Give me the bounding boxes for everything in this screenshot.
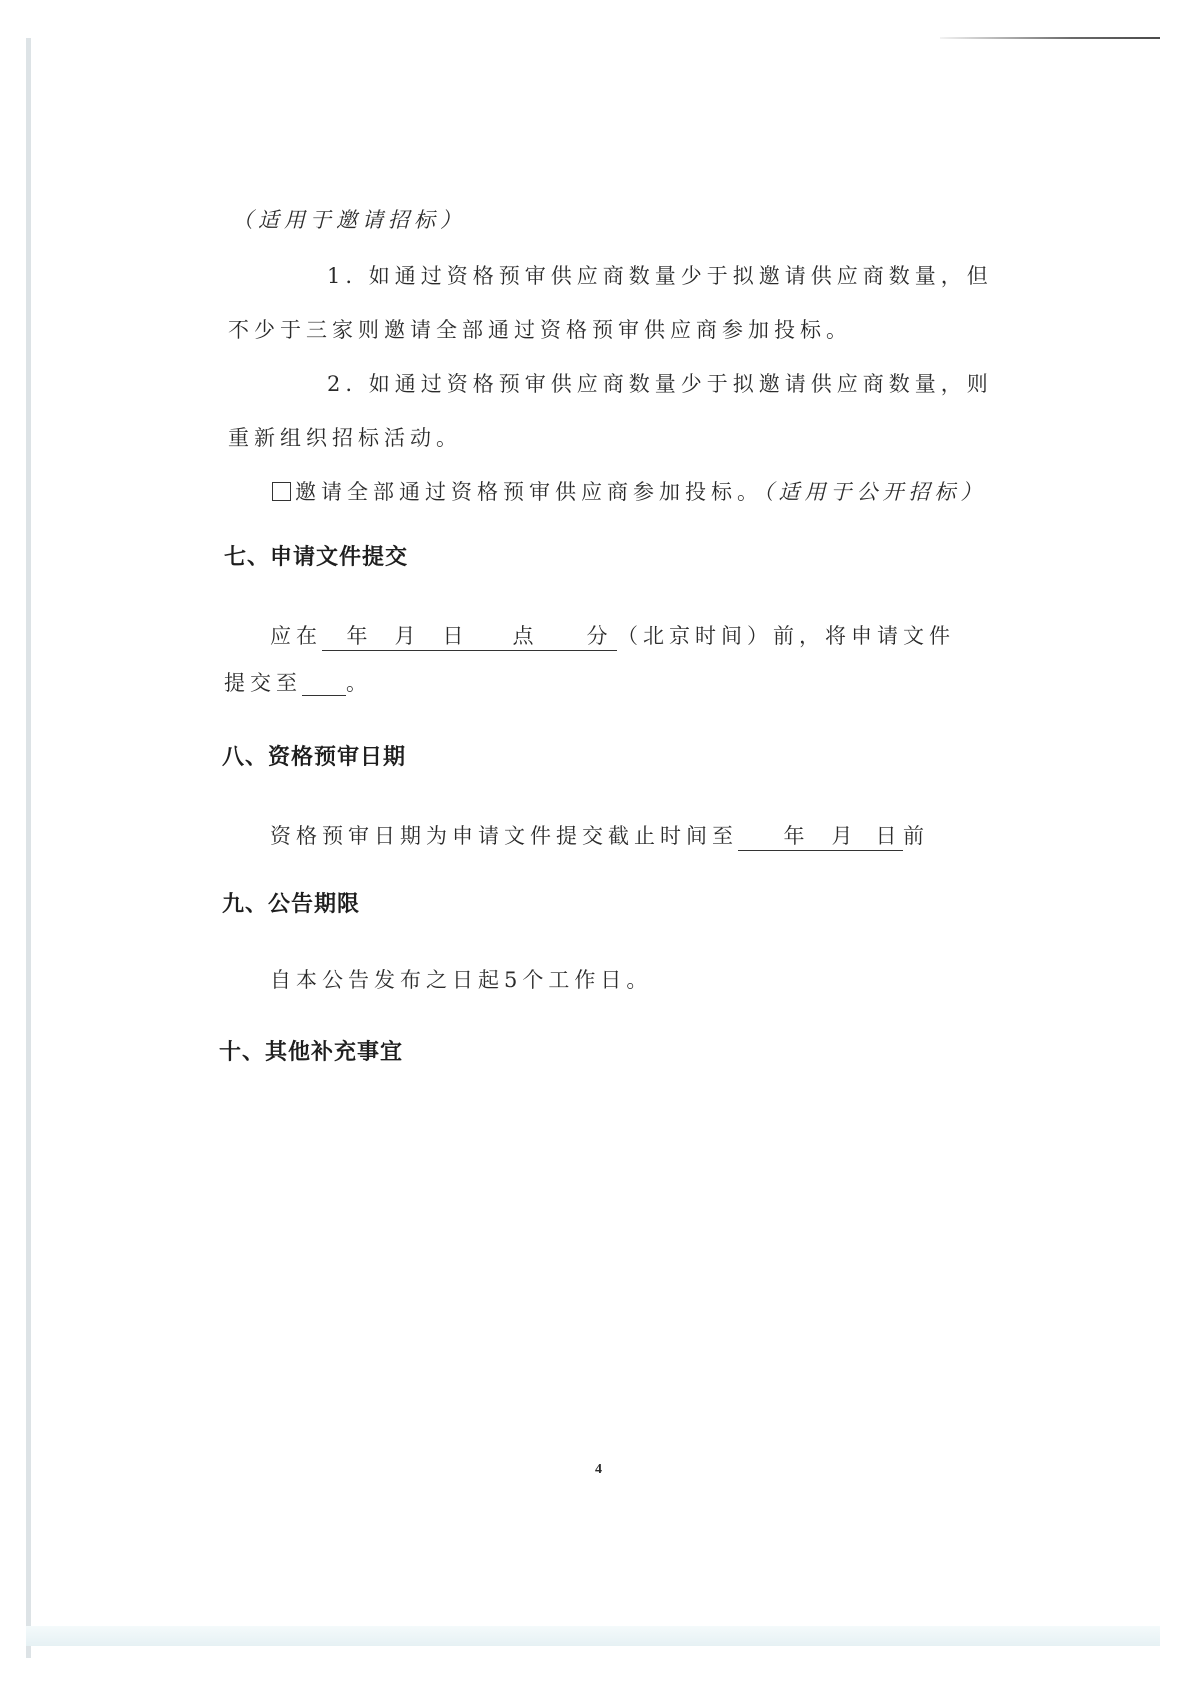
open-option-note: （适用于公开招标） — [763, 480, 987, 504]
intro-note: （适用于邀请招标） — [232, 204, 466, 234]
scan-left-edge — [26, 38, 31, 1658]
open-option: 邀请全部通过资格预审供应商参加投标。（适用于公开招标） — [272, 476, 987, 506]
section-7-suffix: （北京时间）前，将申请文件 — [617, 624, 955, 648]
section-7-line-1: 应在 年月日点分（北京时间）前，将申请文件 — [270, 620, 955, 651]
checkbox[interactable] — [272, 482, 291, 501]
section-7-title: 七、申请文件提交 — [224, 540, 408, 571]
page-number: 4 — [595, 1462, 602, 1478]
section-9-title: 九、公告期限 — [222, 887, 360, 918]
open-option-text: 邀请全部通过资格预审供应商参加投标。 — [295, 480, 763, 504]
submit-location-blank[interactable] — [302, 671, 346, 696]
datetime-blank[interactable]: 年月日点分 — [322, 620, 617, 651]
rule-2-line-1: 2. 如通过资格预审供应商数量少于拟邀请供应商数量，则 — [327, 368, 993, 398]
rule-1-line-1: 1. 如通过资格预审供应商数量少于拟邀请供应商数量，但 — [327, 260, 993, 290]
section-10-title: 十、其他补充事宜 — [219, 1035, 403, 1066]
section-8-title: 八、资格预审日期 — [222, 740, 406, 771]
section-7-line-2: 提交至 。 — [224, 667, 372, 697]
date-blank[interactable]: 年月日 — [738, 820, 903, 851]
header-rule — [940, 37, 1160, 39]
section-7-prefix: 应在 — [270, 624, 322, 648]
section-9-text: 自本公告发布之日起5个工作日。 — [270, 964, 652, 994]
rule-1-line-2: 不少于三家则邀请全部通过资格预审供应商参加投标。 — [228, 314, 852, 344]
scan-bottom-band — [26, 1626, 1160, 1646]
section-8-line: 资格预审日期为申请文件提交截止时间至 年月日前 — [270, 820, 929, 851]
rule-2-line-2: 重新组织招标活动。 — [228, 422, 462, 452]
